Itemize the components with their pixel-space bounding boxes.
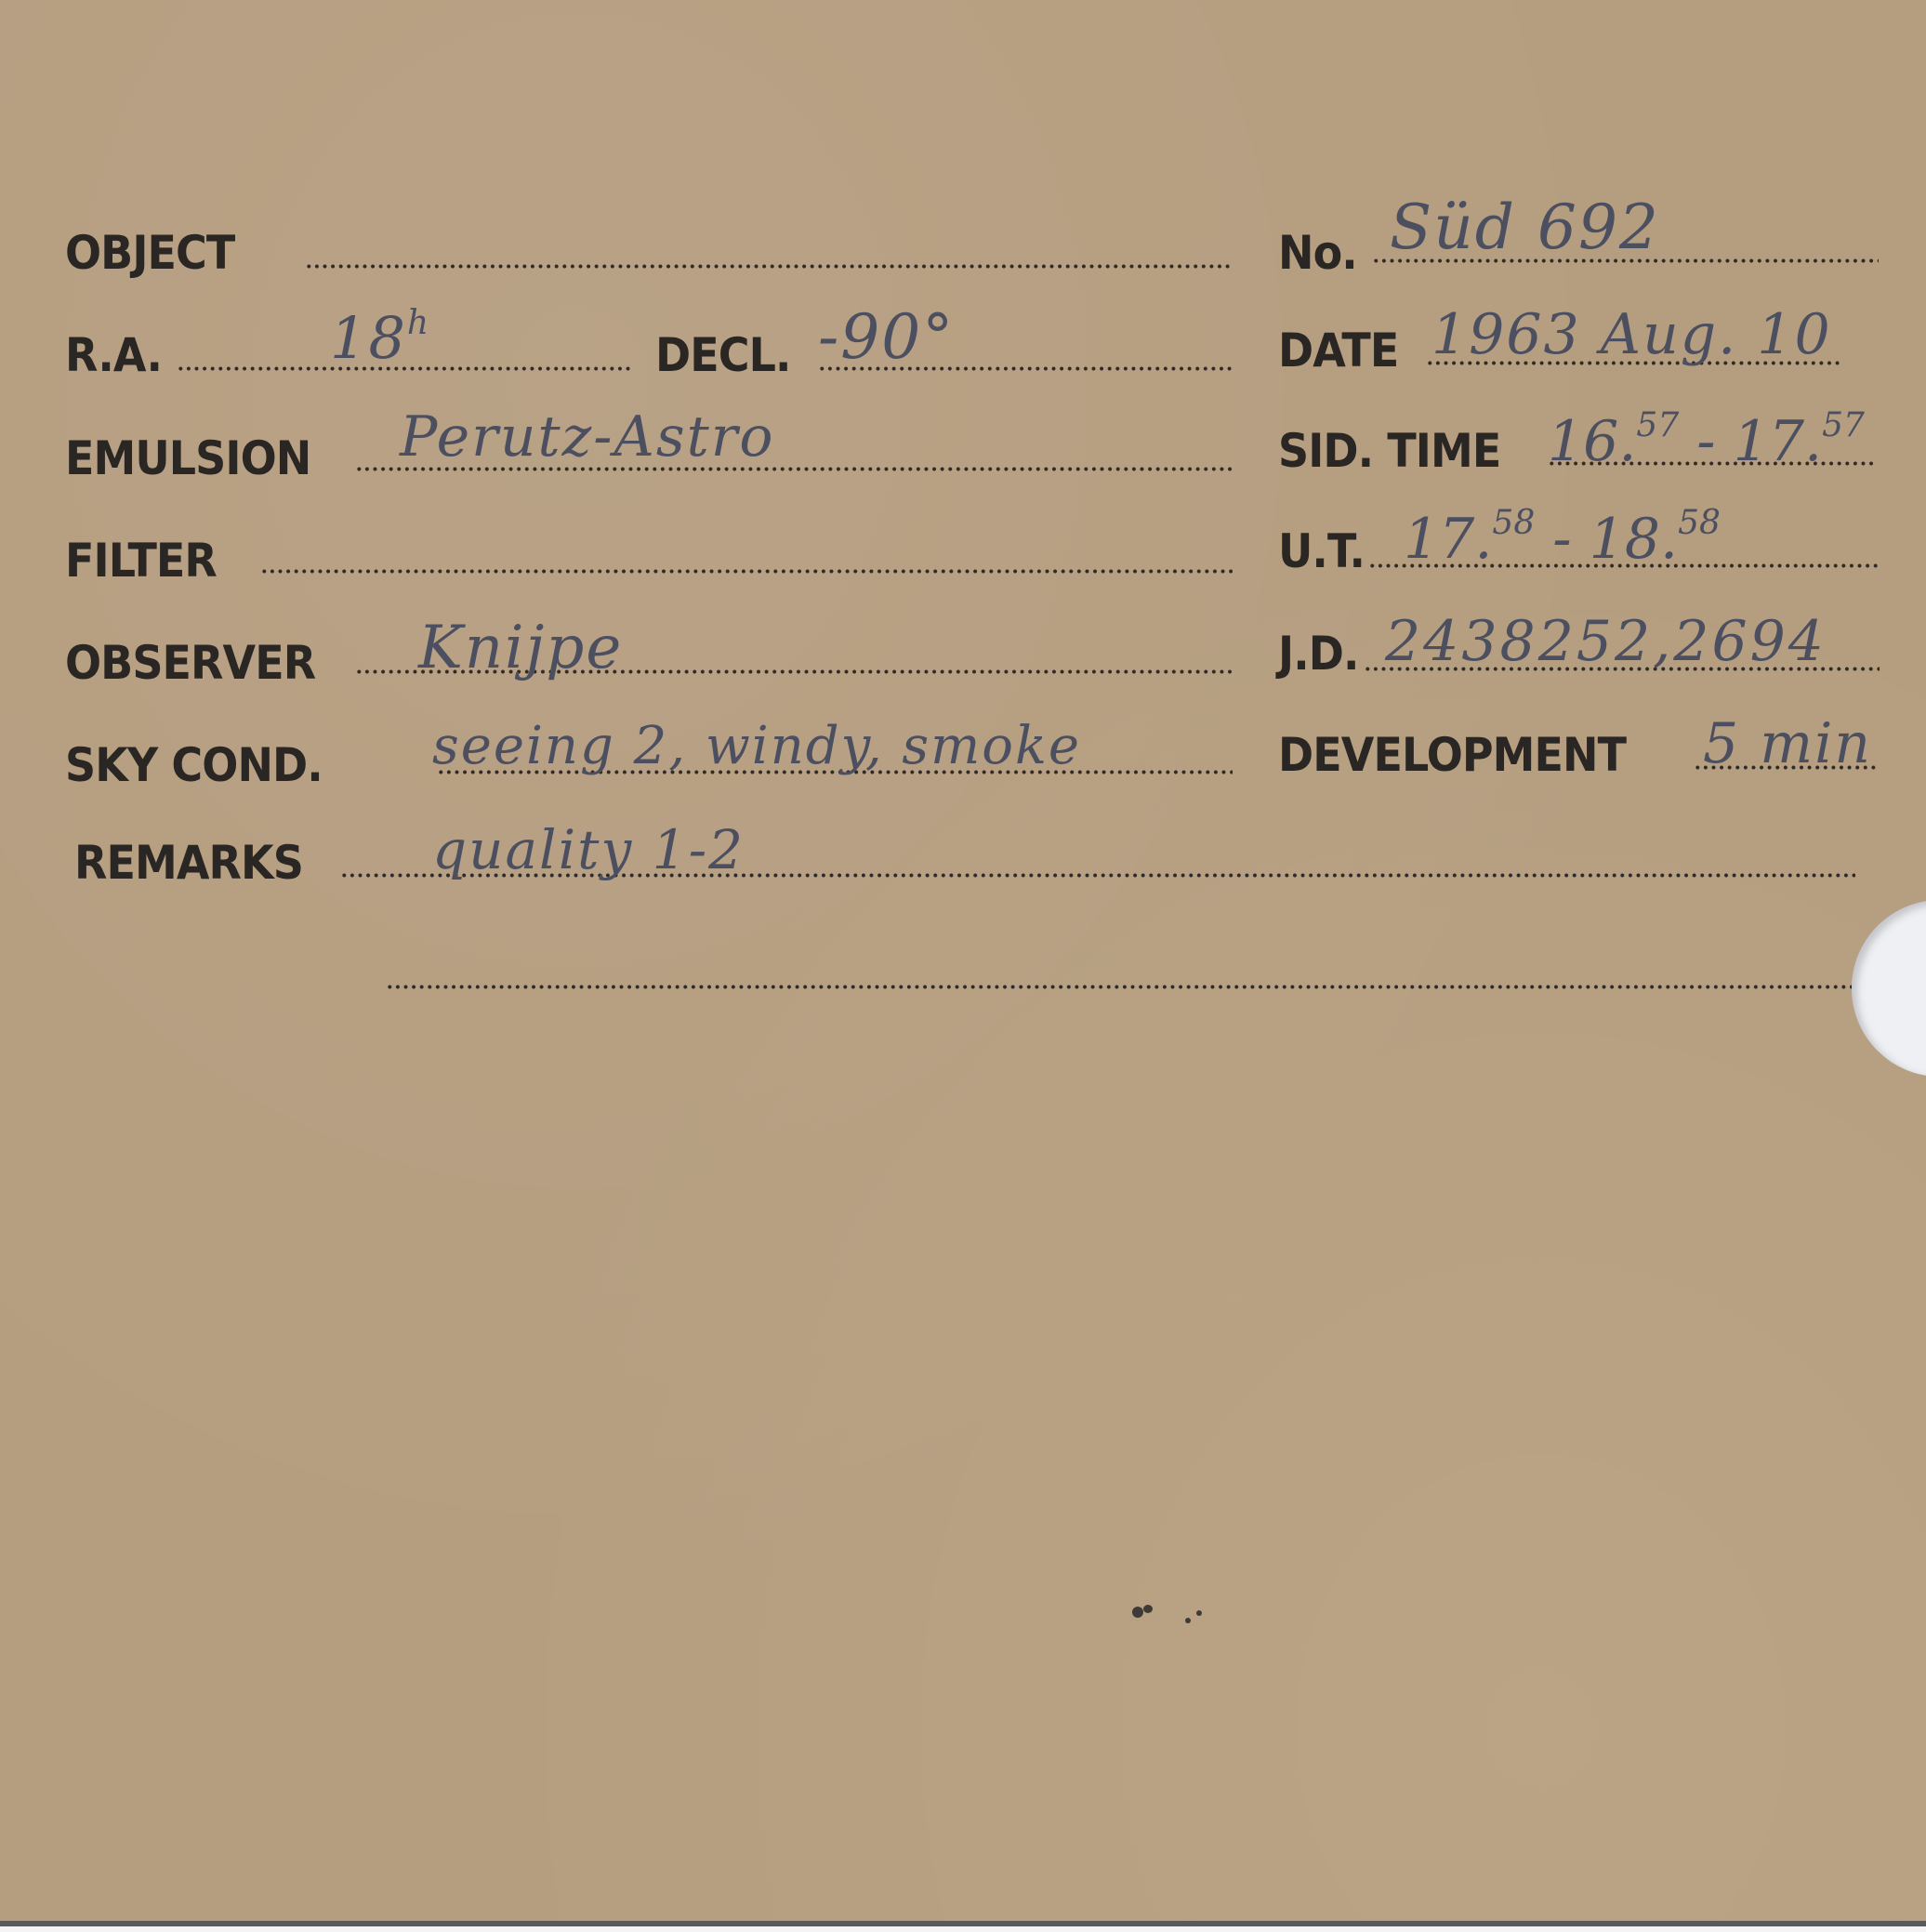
object-field-line xyxy=(305,264,1233,269)
development-value: 5 min xyxy=(1703,716,1872,772)
ra-value: 18h xyxy=(330,307,430,367)
ut-start-min: 58 xyxy=(1492,504,1535,542)
sid-time-start-min: 57 xyxy=(1636,406,1679,444)
sid-time-end-hour: 17. xyxy=(1734,409,1822,474)
sky-cond-label: SKY COND. xyxy=(65,742,323,788)
date-value: 1963 Aug. 10 xyxy=(1431,307,1832,363)
emulsion-value: Perutz-Astro xyxy=(400,409,775,465)
date-label: DATE xyxy=(1278,327,1398,374)
no-label: No. xyxy=(1278,230,1357,276)
remarks-value: quality 1-2 xyxy=(432,823,745,877)
ra-hours: 18 xyxy=(330,304,407,372)
ut-end-hour: 18. xyxy=(1590,507,1678,572)
object-label: OBJECT xyxy=(65,230,234,276)
filter-field-line xyxy=(260,569,1233,574)
development-label: DEVELOPMENT xyxy=(1278,732,1626,778)
ink-stain xyxy=(1143,1605,1153,1613)
ut-start-hour: 17. xyxy=(1404,507,1492,572)
ink-stain xyxy=(1132,1607,1143,1618)
ut-end-min: 58 xyxy=(1678,504,1721,542)
ut-label: U.T. xyxy=(1278,528,1365,575)
thumb-notch-hole xyxy=(1852,900,1926,1077)
remarks-label: REMARKS xyxy=(74,840,303,886)
ut-value: 17.58 - 18.58 xyxy=(1404,507,1721,567)
plate-envelope: OBJECT R.A. 18h DECL. -90° EMULSION Peru… xyxy=(0,0,1926,1926)
ra-label: R.A. xyxy=(65,332,162,378)
ra-unit: h xyxy=(407,304,430,342)
jd-label: J.D. xyxy=(1278,630,1359,677)
ink-speck xyxy=(1185,1618,1191,1623)
ink-speck xyxy=(1196,1610,1202,1616)
sid-time-value: 16.57 - 17.57 xyxy=(1548,409,1865,470)
sid-time-end-min: 57 xyxy=(1822,406,1865,444)
observer-label: OBSERVER xyxy=(65,640,315,686)
decl-value: -90° xyxy=(818,307,955,368)
ut-separator: - xyxy=(1535,507,1589,572)
sid-time-start-hour: 16. xyxy=(1548,409,1636,474)
jd-value: 2438252,2694 xyxy=(1385,614,1827,669)
extra-field-line xyxy=(386,985,1854,989)
sid-time-label: SID. TIME xyxy=(1278,428,1500,474)
no-value: Süd 692 xyxy=(1390,197,1660,258)
observer-value: Knijpe xyxy=(418,618,623,678)
emulsion-label: EMULSION xyxy=(65,435,310,482)
sid-time-separator: - xyxy=(1679,409,1733,474)
filter-label: FILTER xyxy=(65,537,217,584)
sky-cond-value: seeing 2, windy, smoke xyxy=(432,721,1081,773)
decl-label: DECL. xyxy=(655,332,791,378)
